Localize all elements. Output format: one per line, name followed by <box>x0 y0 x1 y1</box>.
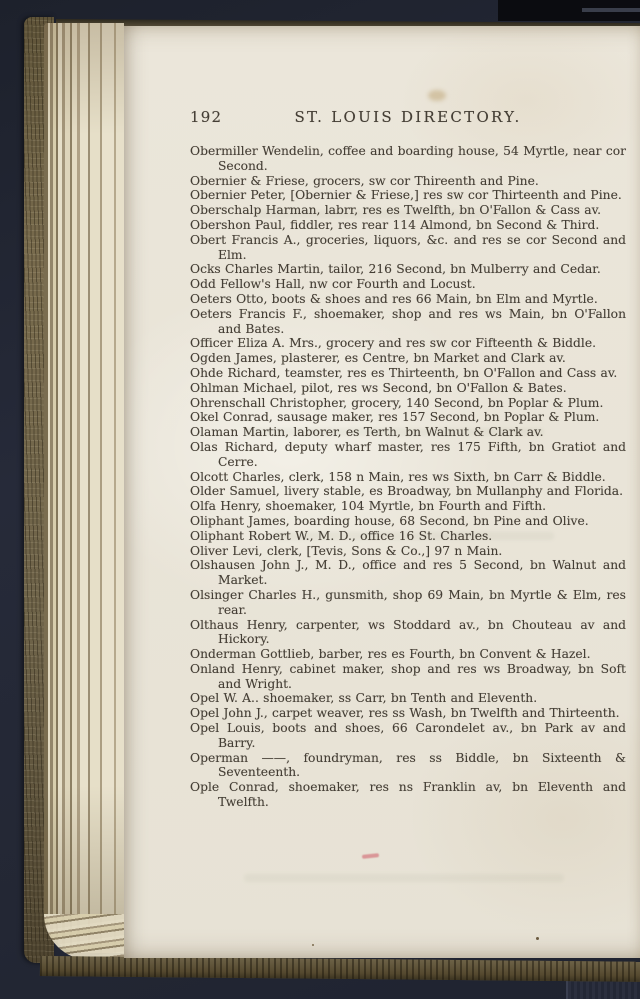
photo-background: 192 ST. LOUIS DIRECTORY. Obermiller Wend… <box>0 0 640 999</box>
directory-entry: Onderman Gottlieb, barber, res es Fourth… <box>190 647 626 662</box>
directory-entry: Olshausen John J., M. D., office and res… <box>190 558 626 588</box>
directory-entry: Oliver Levi, clerk, [Tevis, Sons & Co.,]… <box>190 544 626 559</box>
directory-entry: Oberschalp Harman, labrr, res es Twelfth… <box>190 203 626 218</box>
directory-entry: Ogden James, plasterer, es Centre, bn Ma… <box>190 351 626 366</box>
directory-entry: Odd Fellow's Hall, nw cor Fourth and Loc… <box>190 277 626 292</box>
book-page: 192 ST. LOUIS DIRECTORY. Obermiller Wend… <box>124 26 640 958</box>
page-number: 192 <box>190 108 222 126</box>
page-edge-stack <box>44 23 124 953</box>
directory-entry: Ocks Charles Martin, tailor, 216 Second,… <box>190 262 626 277</box>
background-edge-highlight <box>582 8 640 12</box>
directory-entry: Oliphant James, boarding house, 68 Secon… <box>190 514 626 529</box>
directory-entry: Olas Richard, deputy wharf master, res 1… <box>190 440 626 470</box>
directory-entry: Ohde Richard, teamster, res es Thirteent… <box>190 366 626 381</box>
directory-entry: Opel W. A.. shoemaker, ss Carr, bn Tenth… <box>190 691 626 706</box>
directory-entry: Older Samuel, livery stable, es Broadway… <box>190 484 626 499</box>
directory-entry: Okel Conrad, sausage maker, res 157 Seco… <box>190 410 626 425</box>
directory-entry: Olsinger Charles H., gunsmith, shop 69 M… <box>190 588 626 618</box>
directory-entry: Obernier & Friese, grocers, sw cor Thire… <box>190 174 626 189</box>
directory-entry: Obert Francis A., groceries, liquors, &c… <box>190 233 626 263</box>
directory-entry: Opel Louis, boots and shoes, 66 Carondel… <box>190 721 626 751</box>
directory-entry: Obermiller Wendelin, coffee and boarding… <box>190 144 626 174</box>
page-edge-fan <box>44 914 134 960</box>
directory-entry: Oliphant Robert W., M. D., office 16 St.… <box>190 529 626 544</box>
directory-entry: Onland Henry, cabinet maker, shop and re… <box>190 662 626 692</box>
directory-entry: Ohrenschall Christopher, grocery, 140 Se… <box>190 396 626 411</box>
directory-entry: Opel John J., carpet weaver, res ss Wash… <box>190 706 626 721</box>
directory-entry: Olthaus Henry, carpenter, ws Stoddard av… <box>190 618 626 648</box>
directory-entry: Olaman Martin, laborer, es Terth, bn Wal… <box>190 425 626 440</box>
directory-entry: Olfa Henry, shoemaker, 104 Myrtle, bn Fo… <box>190 499 626 514</box>
page-title: ST. LOUIS DIRECTORY. <box>190 108 626 126</box>
directory-entry: Oeters Francis F., shoemaker, shop and r… <box>190 307 626 337</box>
directory-entry: Officer Eliza A. Mrs., grocery and res s… <box>190 336 626 351</box>
directory-entry: Operman ——, foundryman, res ss Biddle, b… <box>190 751 626 781</box>
page-header: 192 ST. LOUIS DIRECTORY. <box>190 108 626 127</box>
printed-content: 192 ST. LOUIS DIRECTORY. Obermiller Wend… <box>124 26 640 958</box>
directory-entry: Ohlman Michael, pilot, res ws Second, bn… <box>190 381 626 396</box>
directory-entry: Obernier Peter, [Obernier & Friese,] res… <box>190 188 626 203</box>
directory-entry: Ople Conrad, shoemaker, res ns Franklin … <box>190 780 626 810</box>
directory-entries: Obermiller Wendelin, coffee and boarding… <box>190 144 626 810</box>
book-bottom-edge <box>40 956 640 982</box>
directory-entry: Obershon Paul, fiddler, res rear 114 Alm… <box>190 218 626 233</box>
directory-entry: Olcott Charles, clerk, 158 n Main, res w… <box>190 470 626 485</box>
directory-entry: Oeters Otto, boots & shoes and res 66 Ma… <box>190 292 626 307</box>
